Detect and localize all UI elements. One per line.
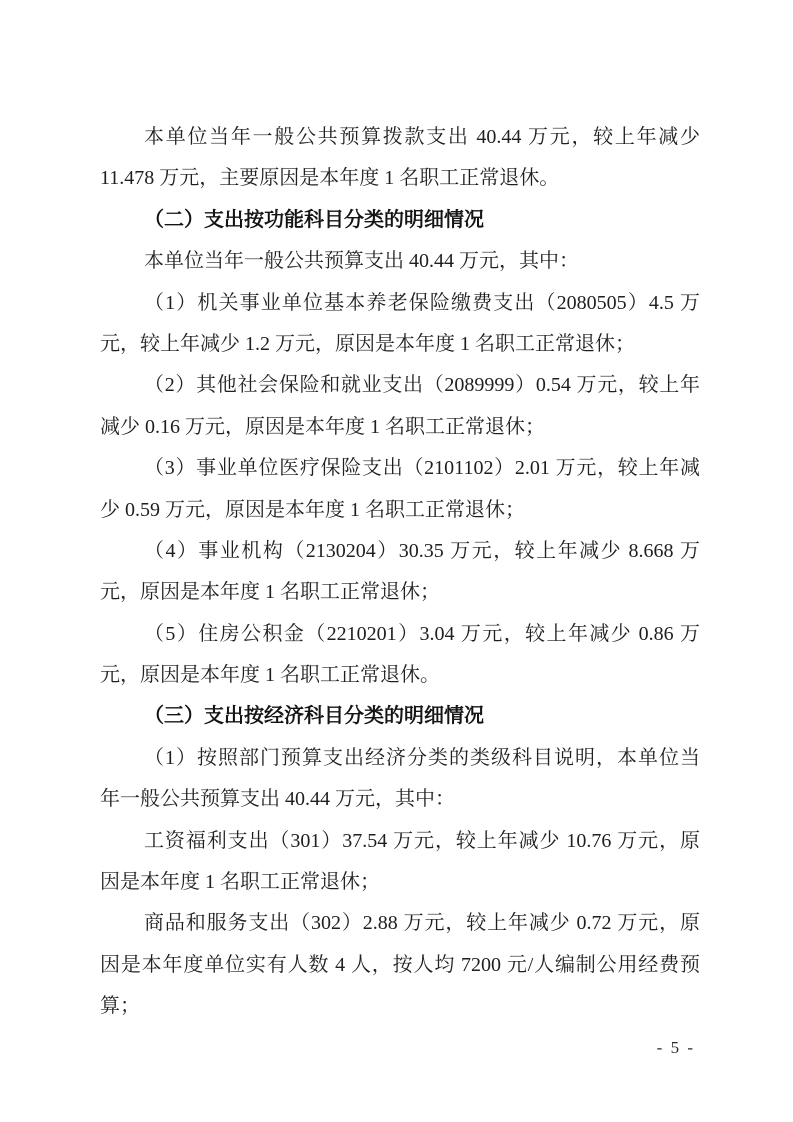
section-heading-line: （三）支出按经济科目分类的明细情况 bbox=[100, 696, 700, 737]
paragraph-line: 因是本年度单位实有人数 4 人，按人均 7200 元/人编制公用经费预 bbox=[100, 945, 700, 986]
paragraph-line: （1）按照部门预算支出经济分类的类级科目说明，本单位当 bbox=[100, 738, 700, 779]
paragraph-line: 元，原因是本年度 1 名职工正常退休； bbox=[100, 572, 700, 613]
paragraph-line: （3）事业单位医疗保险支出（2101102）2.01 万元，较上年减 bbox=[100, 448, 700, 489]
paragraph-line: 商品和服务支出（302）2.88 万元，较上年减少 0.72 万元，原 bbox=[100, 903, 700, 944]
paragraph-line: 减少 0.16 万元，原因是本年度 1 名职工正常退休； bbox=[100, 407, 700, 448]
paragraph-line: 因是本年度 1 名职工正常退休； bbox=[100, 862, 700, 903]
paragraph-line: 元，原因是本年度 1 名职工正常退休。 bbox=[100, 655, 700, 696]
paragraph-line: 年一般公共预算支出 40.44 万元，其中： bbox=[100, 779, 700, 820]
paragraph-line: 本单位当年一般公共预算支出 40.44 万元，其中： bbox=[100, 241, 700, 282]
paragraph-line: 元，较上年减少 1.2 万元，原因是本年度 1 名职工正常退休； bbox=[100, 324, 700, 365]
page-number: - 5 - bbox=[657, 1036, 695, 1060]
document-page: 本单位当年一般公共预算拨款支出 40.44 万元，较上年减少11.478 万元，… bbox=[0, 0, 793, 1122]
paragraph-line: （2）其他社会保险和就业支出（2089999）0.54 万元，较上年 bbox=[100, 365, 700, 406]
paragraph-line: 本单位当年一般公共预算拨款支出 40.44 万元，较上年减少 bbox=[100, 117, 700, 158]
paragraph-line: 少 0.59 万元，原因是本年度 1 名职工正常退休； bbox=[100, 490, 700, 531]
paragraph-line: 工资福利支出（301）37.54 万元，较上年减少 10.76 万元，原 bbox=[100, 821, 700, 862]
section-heading-line: （二）支出按功能科目分类的明细情况 bbox=[100, 200, 700, 241]
document-body: 本单位当年一般公共预算拨款支出 40.44 万元，较上年减少11.478 万元，… bbox=[100, 117, 700, 1028]
paragraph-line: （1）机关事业单位基本养老保险缴费支出（2080505）4.5 万 bbox=[100, 283, 700, 324]
paragraph-line: （5）住房公积金（2210201）3.04 万元，较上年减少 0.86 万 bbox=[100, 614, 700, 655]
paragraph-line: 11.478 万元，主要原因是本年度 1 名职工正常退休。 bbox=[100, 158, 700, 199]
paragraph-line: 算； bbox=[100, 986, 700, 1027]
paragraph-line: （4）事业机构（2130204）30.35 万元，较上年减少 8.668 万 bbox=[100, 531, 700, 572]
